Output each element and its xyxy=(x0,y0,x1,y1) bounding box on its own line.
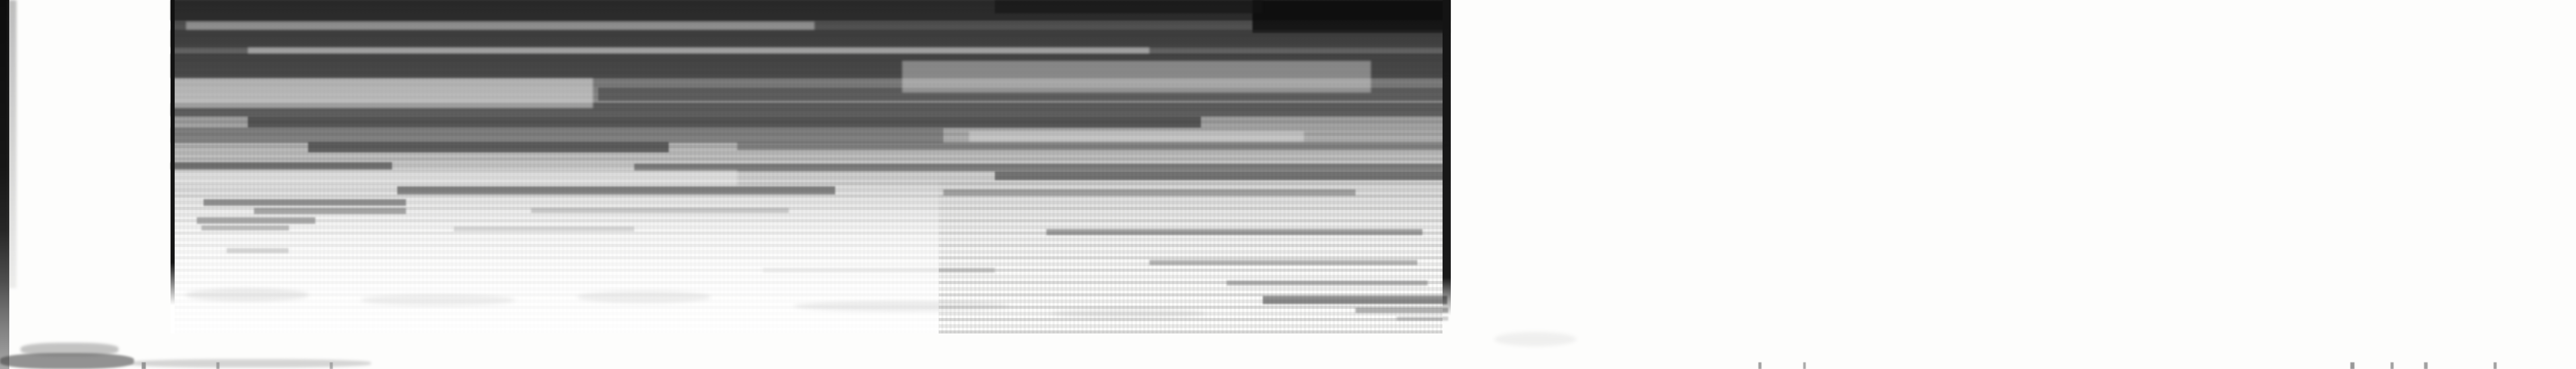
faint-gray-wisp xyxy=(1494,332,1577,346)
scanned-page-fragment xyxy=(0,0,2576,369)
faint-gray-wisp xyxy=(185,288,309,302)
faint-wisp-layer xyxy=(0,0,2576,369)
faint-gray-wisp xyxy=(577,291,711,303)
faint-gray-wisp xyxy=(793,301,1010,311)
faint-gray-wisp xyxy=(361,294,515,306)
faint-gray-wisp xyxy=(1051,309,1206,318)
